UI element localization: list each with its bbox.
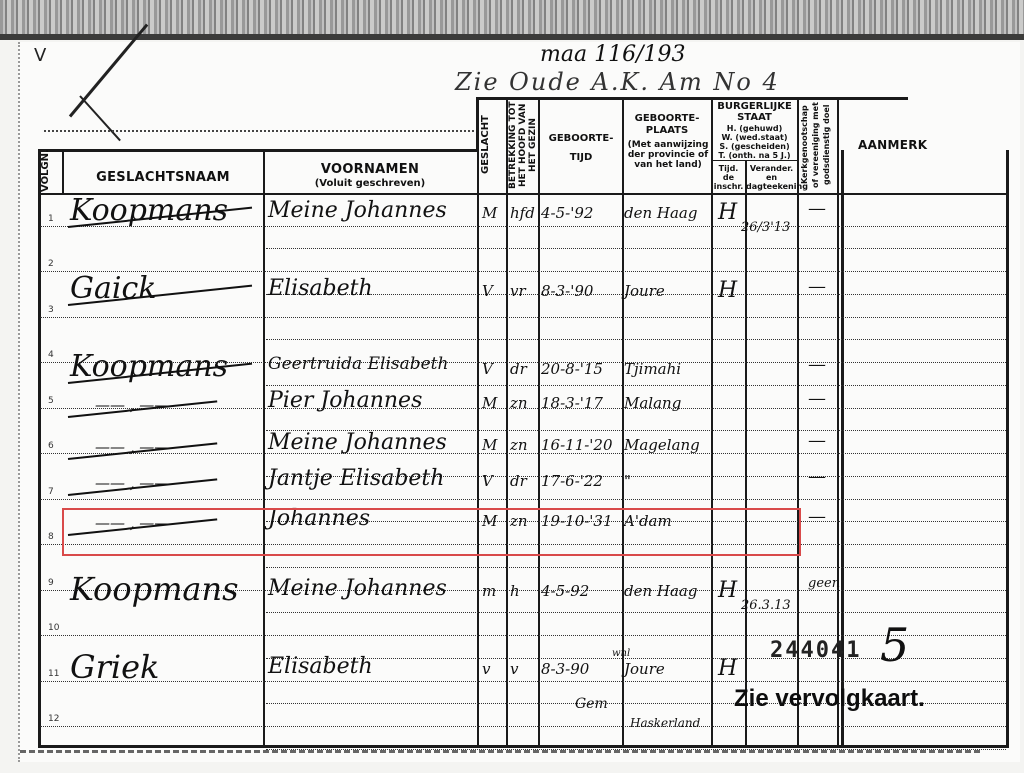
- continuation-stamp: Zie vervolgkaart.: [734, 685, 925, 713]
- birth-date: 16-11-'20: [541, 436, 613, 454]
- religion: —: [808, 354, 826, 375]
- header-border-right: [476, 97, 908, 100]
- header-burgerlijke-2: STAAT: [712, 112, 797, 123]
- col-divider: [506, 98, 508, 745]
- row-line: [40, 317, 1006, 318]
- civil-status: H: [718, 200, 737, 225]
- header-geboortetijd-1: GEBOORTE-: [540, 133, 622, 144]
- header-aanmerkingen: AANMERK: [858, 138, 958, 152]
- header-volgnummer: VOLGN.: [40, 152, 60, 192]
- surname: Koopmans: [70, 570, 239, 608]
- relation: hfd: [510, 204, 535, 222]
- row-line: [40, 499, 1006, 500]
- religion: —: [808, 506, 826, 527]
- religion: —: [808, 198, 826, 219]
- surname: Griek: [70, 648, 159, 686]
- given-names: Elisabeth: [268, 654, 373, 679]
- row-number: 10: [48, 623, 59, 633]
- given-names: Meine Johannes: [268, 198, 447, 223]
- row-subline: [266, 567, 1006, 568]
- birth-place: Joure: [624, 282, 665, 300]
- religion: —: [808, 388, 826, 409]
- row-number: 3: [48, 305, 54, 315]
- row-line: [40, 726, 1006, 727]
- religion: geen: [808, 576, 840, 591]
- given-names: Geertruida Elisabeth: [268, 354, 448, 374]
- given-names: Meine Johannes: [268, 430, 447, 455]
- header-betrekking: BETREKKING TOT HET HOOFD VAN HET GEZIN: [508, 100, 536, 190]
- row-number: 1: [48, 214, 54, 224]
- religion: —: [808, 276, 826, 297]
- row-number: 4: [48, 350, 54, 360]
- col-divider: [538, 98, 540, 745]
- bs-divider: [711, 160, 797, 161]
- row-line: [40, 635, 1006, 636]
- sex: V: [482, 282, 493, 300]
- sex: V: [482, 360, 493, 378]
- given-names: Jantje Elisabeth: [268, 466, 444, 491]
- note-haskerland: Haskerland: [630, 716, 700, 730]
- header-geboorteplaats-2: PLAATS: [624, 125, 710, 136]
- header-bs-s: S. (gescheiden): [712, 142, 797, 151]
- religion: —: [808, 466, 826, 487]
- header-voornamen-sub: (Voluit geschreven): [264, 178, 476, 189]
- header-burgerlijke-1: BURGERLIJKE: [712, 101, 797, 112]
- top-annotation-1: maa 116/193: [540, 42, 685, 67]
- birth-date: 18-3-'17: [541, 394, 603, 412]
- aanmerkingen-border: [1006, 152, 1009, 212]
- note-wnl: wnl: [612, 648, 630, 659]
- relation: v: [510, 660, 518, 678]
- row-number: 6: [48, 441, 54, 451]
- header-geslacht: GESLACHT: [480, 100, 504, 190]
- row-subline: [266, 612, 1006, 613]
- sex: M: [482, 394, 497, 412]
- given-names: Meine Johannes: [268, 576, 447, 601]
- handwritten-mark: 5: [880, 618, 909, 672]
- header-bs-w: W. (wed.staat): [712, 133, 797, 142]
- given-names: Elisabeth: [268, 276, 373, 301]
- birth-date: 4-5-92: [541, 582, 589, 600]
- col-divider: [263, 150, 265, 745]
- sex: v: [482, 660, 490, 678]
- header-geboorteplaats-1: GEBOORTE-: [624, 113, 710, 124]
- birth-date: 8-3-'90: [541, 282, 593, 300]
- row-number: 8: [48, 532, 54, 542]
- header-geboortetijd-2: TIJD: [540, 152, 622, 163]
- birth-date: 8-3-90: [541, 660, 589, 678]
- row-number: 11: [48, 669, 59, 679]
- row-subline: [266, 339, 1006, 340]
- relation: zn: [510, 394, 528, 412]
- civil-status-change: 26.3.13: [741, 598, 791, 613]
- given-names: Pier Johannes: [268, 388, 422, 413]
- relation: dr: [510, 360, 527, 378]
- note-municipality: Gem: [575, 696, 608, 712]
- header-dotted-line: [44, 130, 474, 132]
- sex: V: [482, 472, 493, 490]
- relation: zn: [510, 436, 528, 454]
- header-geboorteplaats-sub: (Met aanwijzing der provincie of van het…: [626, 140, 710, 170]
- birth-date: 20-8-'15: [541, 360, 603, 378]
- highlighted-entry-box: [62, 508, 801, 556]
- sex: m: [482, 582, 496, 600]
- header-geslachtsnaam: GESLACHTSNAAM: [64, 170, 262, 185]
- birth-date: 4-5-'92: [541, 204, 593, 222]
- relation: vr: [510, 282, 526, 300]
- civil-status-change: 26/3'13: [741, 220, 790, 235]
- relation: dr: [510, 472, 527, 490]
- birth-place: Magelang: [624, 436, 700, 454]
- birth-place: den Haag: [624, 204, 697, 222]
- header-voornamen: VOORNAMEN: [264, 162, 476, 177]
- header-bs-t: T. (onth. na 5 J.): [712, 151, 797, 160]
- header-kerkgenootschap: Kerkgenootschap of vereeniging met godsd…: [799, 100, 835, 190]
- row-subline: [266, 248, 1006, 249]
- registration-number-stamp: 244041: [770, 638, 861, 663]
- birth-date: 17-6-'22: [541, 472, 603, 490]
- row-number: 7: [48, 487, 54, 497]
- civil-status: H: [718, 656, 737, 681]
- birth-place: den Haag: [624, 582, 697, 600]
- sex: M: [482, 204, 497, 222]
- row-line: [40, 681, 1006, 682]
- row-number: 5: [48, 396, 54, 406]
- civil-status: H: [718, 578, 737, 603]
- row-line: [40, 271, 1006, 272]
- header-bs-tijd: Tijd. de inschr.: [712, 164, 745, 191]
- header-bs-h: H. (gehuwd): [712, 124, 797, 133]
- col-divider: [711, 98, 713, 745]
- sex: M: [482, 436, 497, 454]
- header-bs-verander: Verander. en dagteekening: [746, 164, 797, 191]
- religion: —: [808, 430, 826, 451]
- col-divider: [477, 98, 479, 745]
- birth-place: Malang: [624, 394, 681, 412]
- birth-place: Tjimahi: [624, 360, 681, 378]
- birth-place: ": [624, 472, 631, 490]
- civil-status: H: [718, 278, 737, 303]
- birth-place: Joure: [624, 660, 665, 678]
- relation: h: [510, 582, 520, 600]
- row-number: 12: [48, 714, 59, 724]
- row-number: 2: [48, 259, 54, 269]
- top-annotation-2: Zie Oude A.K. Am No 4: [455, 68, 780, 96]
- row-number: 9: [48, 578, 54, 588]
- scan-top-edge: [0, 0, 1024, 40]
- row-subline: [266, 385, 1006, 386]
- check-mark: V: [34, 45, 46, 66]
- bottom-scan-edge: [20, 750, 980, 753]
